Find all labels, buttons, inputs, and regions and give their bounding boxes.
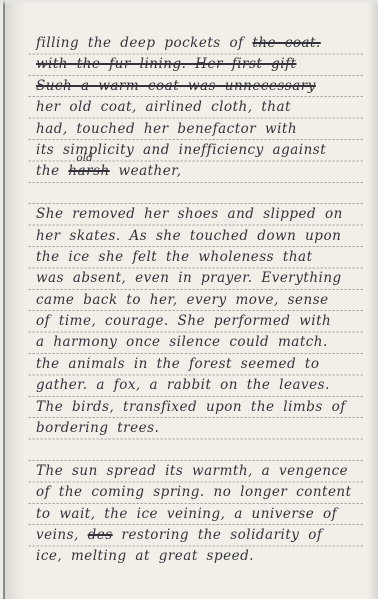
handwritten-line: had, touched her benefactor with [31, 119, 371, 140]
handwritten-line: of the coming spring. no longer content [31, 482, 371, 503]
handwritten-line: came back to her, every move, sense [31, 290, 371, 311]
handwritten-line: the animals in the forest seemed to [31, 354, 371, 375]
handwritten-text: a harmony once silence could match. [36, 334, 328, 350]
handwritten-line: to wait, the ice veining, a universe of [31, 504, 371, 525]
struck-text: the coat. [252, 35, 320, 51]
struck-text: harshold [68, 163, 109, 179]
handwritten-text: of the coming spring. no longer content [36, 484, 352, 500]
handwritten-line: her skates. As she touched down upon [31, 226, 371, 247]
handwritten-line: Such a warm coat was unnecessary [31, 76, 371, 97]
page-gutter-shadow [0, 0, 26, 599]
struck-text: des [88, 527, 113, 543]
handwritten-text: her skates. As she touched down upon [36, 228, 341, 244]
handwritten-text: veins, [36, 527, 88, 543]
paragraph: filling the deep pockets of the coat.wit… [31, 33, 371, 183]
handwritten-text: was absent, even in prayer. Everything [36, 270, 342, 286]
handwritten-line: ice, melting at great speed. [31, 546, 371, 567]
handwritten-text: The sun spread its warmth, a vengence [36, 463, 348, 479]
handwritten-text: the ice she felt the wholeness that [36, 249, 313, 265]
handwritten-text: ice, melting at great speed. [36, 548, 254, 564]
handwritten-text: The birds, transfixed upon the limbs of [36, 399, 346, 415]
struck-text: Such a warm coat was unnecessary [36, 78, 316, 94]
paragraph: She removed her shoes and slipped onher … [31, 204, 371, 439]
handwritten-line: The birds, transfixed upon the limbs of [31, 397, 371, 418]
struck-text: with the fur lining. Her first gift [36, 56, 297, 72]
handwritten-line: bordering trees. [31, 418, 371, 439]
handwritten-text: came back to her, every move, sense [36, 292, 329, 308]
handwritten-text: weather, [110, 163, 182, 179]
handwritten-text: her old coat, airlined cloth, that [36, 99, 291, 115]
handwritten-line: the ice she felt the wholeness that [31, 247, 371, 268]
handwritten-line: her old coat, airlined cloth, that [31, 97, 371, 118]
handwritten-text: bordering trees. [36, 420, 159, 436]
handwritten-text: to wait, the ice veining, a universe of [36, 506, 337, 522]
paragraph: The sun spread its warmth, a vengenceof … [31, 461, 371, 568]
handwriting-area: filling the deep pockets of the coat.wit… [31, 33, 371, 589]
page-top-edge [0, 0, 378, 5]
handwritten-text: gather. a fox, a rabbit on the leaves. [36, 377, 330, 393]
handwritten-text: She removed her shoes and slipped on [36, 206, 343, 222]
handwritten-line: She removed her shoes and slipped on [31, 204, 371, 225]
handwritten-line: veins, des restoring the solidarity of [31, 525, 371, 546]
handwritten-text: had, touched her benefactor with [36, 121, 297, 137]
handwritten-text: restoring the solidarity of [113, 527, 323, 543]
handwritten-line: was absent, even in prayer. Everything [31, 268, 371, 289]
handwritten-text: filling the deep pockets of [36, 35, 252, 51]
handwritten-line: a harmony once silence could match. [31, 332, 371, 353]
handwritten-line: gather. a fox, a rabbit on the leaves. [31, 375, 371, 396]
inserted-word-above: old [76, 153, 92, 163]
handwritten-line: the harshold weather, [31, 161, 371, 182]
handwritten-text: the [36, 163, 68, 179]
notebook-page: filling the deep pockets of the coat.wit… [0, 0, 378, 599]
handwritten-line: The sun spread its warmth, a vengence [31, 461, 371, 482]
handwritten-line: filling the deep pockets of the coat. [31, 33, 371, 54]
handwritten-line: of time, courage. She performed with [31, 311, 371, 332]
handwritten-text: of time, courage. She performed with [36, 313, 331, 329]
handwritten-text: the animals in the forest seemed to [36, 356, 319, 372]
handwritten-line: with the fur lining. Her first gift [31, 54, 371, 75]
